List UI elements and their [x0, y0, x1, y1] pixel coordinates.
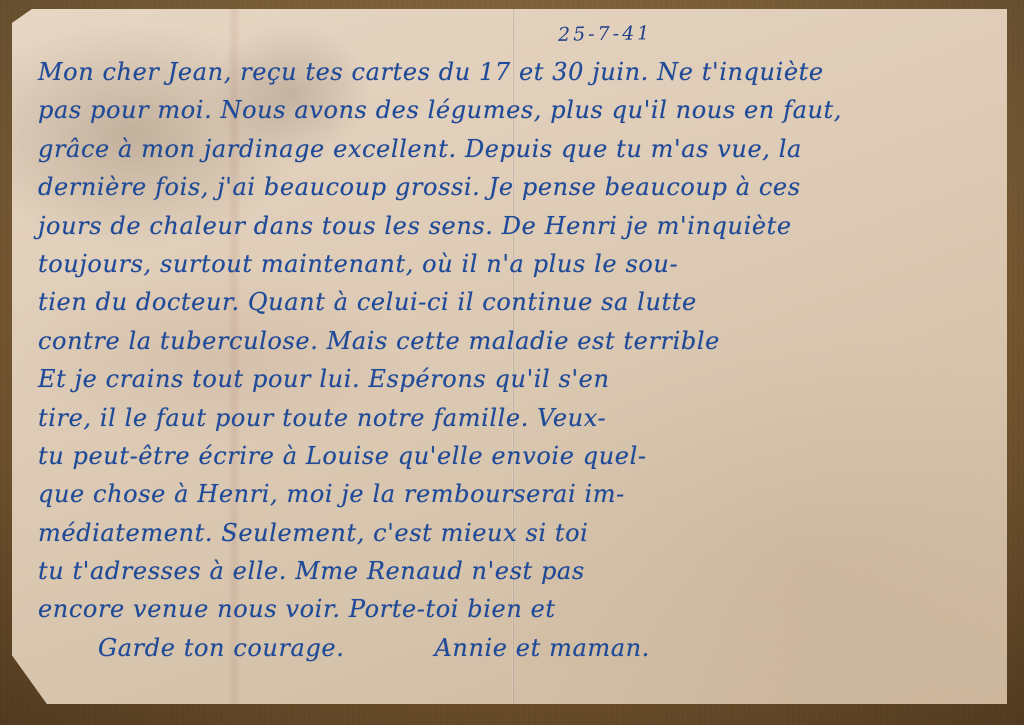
letter-date: 25-7-41: [558, 22, 653, 46]
letter-line: Mon cher Jean, reçu tes cartes du 17 et …: [38, 53, 1013, 91]
letter-line: tire, il le faut pour toute notre famill…: [38, 399, 1013, 437]
letter-line: tu t'adresses à elle. Mme Renaud n'est p…: [38, 552, 1013, 590]
letter-line: tien du docteur. Quant à celui-ci il con…: [38, 283, 1013, 321]
letter-body: Mon cher Jean, reçu tes cartes du 17 et …: [38, 53, 1013, 667]
letter-line: grâce à mon jardinage excellent. Depuis …: [38, 130, 1013, 168]
letter-line: Et je crains tout pour lui. Espérons qu'…: [38, 360, 1013, 398]
letter-line: que chose à Henri, moi je la remboursera…: [38, 475, 1013, 513]
letter-line: pas pour moi. Nous avons des légumes, pl…: [38, 91, 1013, 129]
signature: Annie et maman.: [434, 629, 649, 667]
letter-line: encore venue nous voir. Porte-toi bien e…: [38, 590, 1013, 628]
letter-closing: Garde ton courage.Annie et maman.: [38, 629, 1013, 667]
letter-line: médiatement. Seulement, c'est mieux si t…: [38, 514, 1013, 552]
letter-line: jours de chaleur dans tous les sens. De …: [38, 207, 1013, 245]
letter-line: tu peut-être écrire à Louise qu'elle env…: [38, 437, 1013, 475]
letter-line: dernière fois, j'ai beaucoup grossi. Je …: [38, 168, 1013, 206]
letter-line: contre la tuberculose. Mais cette maladi…: [38, 322, 1013, 360]
closing-text: Garde ton courage.: [98, 634, 344, 662]
postcard: 25-7-41 Mon cher Jean, reçu tes cartes d…: [12, 9, 1007, 704]
letter-line: toujours, surtout maintenant, où il n'a …: [38, 245, 1013, 283]
